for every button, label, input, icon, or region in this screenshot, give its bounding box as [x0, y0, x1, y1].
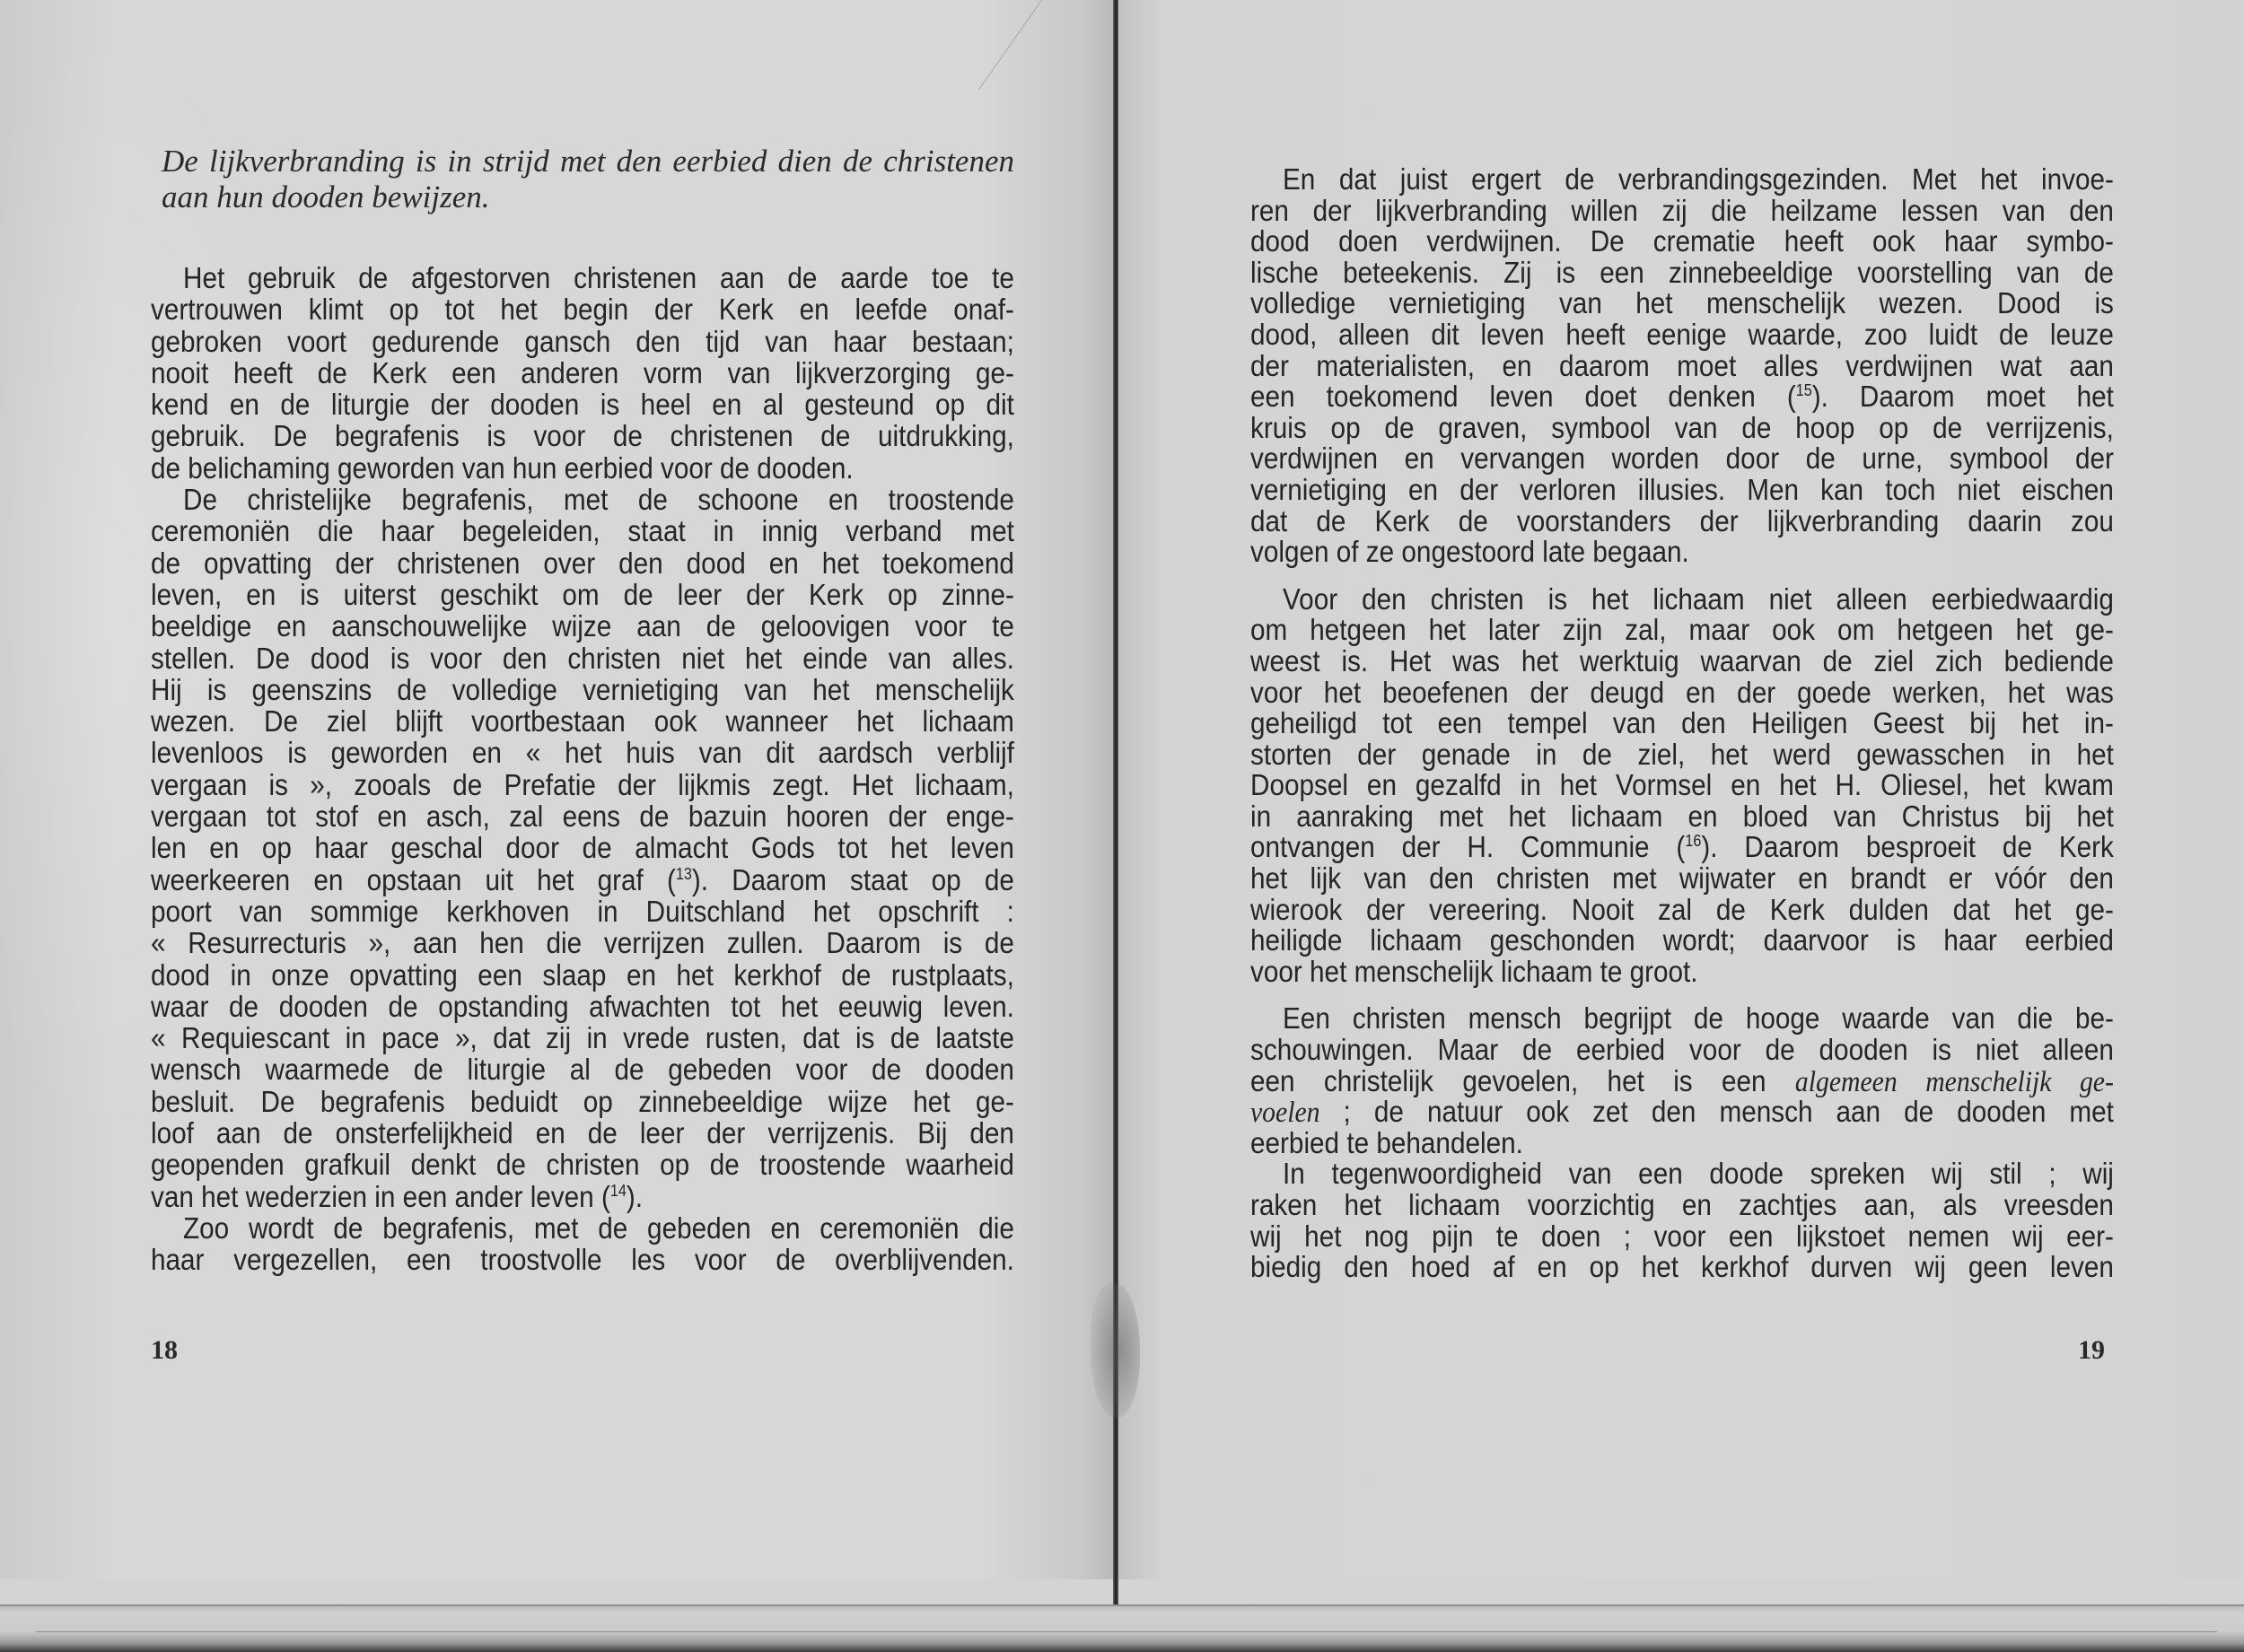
text-line: nooit heeft de Kerk een anderen vorm van…: [151, 357, 1014, 389]
line-text: Doopsel en gezalfd in het Vormsel en het…: [1250, 768, 2114, 801]
footnote-reference: 13: [676, 865, 692, 883]
text-line: vergaan tot stof en asch, zal eens de ba…: [151, 800, 1014, 832]
text-line: waar de dooden de opstanding afwachten t…: [151, 991, 1014, 1022]
text-line: geopenden grafkuil denkt de christen op …: [151, 1149, 1014, 1180]
footnote-reference: 14: [610, 1182, 627, 1200]
text-line: van het wederzien in een ander leven (14…: [151, 1181, 1014, 1212]
text-line: leven, en is uiterst geschikt om de leer…: [151, 579, 1014, 610]
text-line: wij het nog pijn te doen ; voor een lijk…: [1250, 1221, 2114, 1253]
text-line: ontvangen der H. Communie (16). Daarom b…: [1250, 832, 2114, 863]
text-line: De christelijke begrafenis, met de schoo…: [151, 484, 1014, 515]
line-text: ).: [627, 1180, 643, 1213]
text-line: storten der genade in de ziel, het werd …: [1250, 739, 2114, 771]
line-text: storten der genade in de ziel, het werd …: [1250, 738, 2114, 771]
text-line: de opvatting der christenen over den doo…: [151, 547, 1014, 579]
line-text: volledige vernietiging van het menscheli…: [1250, 286, 2114, 319]
text-line: volledige vernietiging van het menscheli…: [1250, 288, 2114, 319]
text-line: eerbied te behandelen.: [1250, 1128, 2114, 1159]
line-text: de opvatting der christenen over den doo…: [151, 546, 1014, 580]
page-number-left: 18: [151, 1335, 178, 1366]
text-line: Zoo wordt de begrafenis, met de gebeden …: [151, 1212, 1014, 1244]
water-stain: [1091, 1283, 1140, 1418]
text-line: loof aan de onsterfelijkheid en de leer …: [151, 1117, 1014, 1149]
line-text: besluit. De begrafenis beduidt op zinneb…: [151, 1085, 1014, 1118]
line-text: biedig den hoed af en op het kerkhof dur…: [1250, 1250, 2114, 1283]
line-text: En dat juist ergert de verbrandingsgezin…: [1283, 162, 2114, 196]
line-text: leven, en is uiterst geschikt om de leer…: [151, 578, 1014, 611]
line-text: van het wederzien in een ander leven (: [151, 1180, 610, 1213]
line-text: Voor den christen is het lichaam niet al…: [1283, 582, 2114, 616]
text-line: der materialisten, en daarom moet alles …: [1250, 351, 2114, 382]
text-line: volgen of ze ongestoord late begaan.: [1250, 537, 2114, 568]
line-text: wij het nog pijn te doen ; voor een lijk…: [1250, 1219, 2114, 1253]
line-text: levenloos is geworden en « het huis van …: [151, 736, 1014, 769]
line-text: der materialisten, en daarom moet alles …: [1250, 349, 2114, 382]
text-line: dood, alleen dit leven heeft eenige waar…: [1250, 319, 2114, 351]
line-text: dat de Kerk de voorstanders der lijkverb…: [1250, 504, 2114, 538]
text-line: In tegenwoordigheid van een doode spreke…: [1250, 1158, 2114, 1190]
line-text: de belichaming geworden van hun eerbied …: [151, 451, 854, 485]
text-line: En dat juist ergert de verbrandingsgezin…: [1250, 164, 2114, 196]
italic-text: algemeen menschelijk ge-: [1795, 1066, 2114, 1098]
text-line: voor het beoefenen der deugd en der goed…: [1250, 677, 2114, 709]
line-text: heiligde lichaam geschonden wordt; daarv…: [1250, 923, 2114, 957]
text-line: raken het lichaam voorzichtig en zachtje…: [1250, 1190, 2114, 1221]
page-number-right: 19: [2078, 1335, 2105, 1366]
line-text: ren der lijkverbranding willen zij die h…: [1250, 194, 2114, 227]
line-text: In tegenwoordigheid van een doode spreke…: [1283, 1157, 2114, 1190]
book-spread: De lijkverbranding is in strijd met den …: [0, 0, 2244, 1650]
line-text: ). Daarom staat op de: [692, 863, 1014, 896]
text-line: wezen. De ziel blijft voortbestaan ook w…: [151, 705, 1014, 737]
text-line: weerkeeren en opstaan uit het graf (13).…: [151, 864, 1014, 896]
text-line: stellen. De dood is voor den christen ni…: [151, 642, 1014, 674]
line-text: vergaan is », zooals de Prefatie der lij…: [151, 768, 1014, 801]
right-page-body: En dat juist ergert de verbrandingsgezin…: [1250, 164, 2114, 1283]
line-text: waar de dooden de opstanding afwachten t…: [151, 990, 1014, 1023]
line-text: volgen of ze ongestoord late begaan.: [1250, 535, 1689, 568]
line-text: in aanraking met het lichaam en bloed va…: [1250, 800, 2114, 833]
text-line: vergaan is », zooals de Prefatie der lij…: [151, 769, 1014, 800]
text-line: gebroken voort gedurende gansch den tijd…: [151, 326, 1014, 357]
text-line: « Requiescant in pace », dat zij in vred…: [151, 1022, 1014, 1053]
text-line: dood doen verdwijnen. De crematie heeft …: [1250, 226, 2114, 258]
line-text: eerbied te behandelen.: [1250, 1126, 1523, 1159]
text-line: heiligde lichaam geschonden wordt; daarv…: [1250, 925, 2114, 957]
edge-line: [36, 1631, 2217, 1632]
text-line: Hij is geenszins de volledige vernietigi…: [151, 674, 1014, 705]
line-text: voor het beoefenen der deugd en der goed…: [1250, 676, 2114, 709]
text-line: poort van sommige kerkhoven in Duitschla…: [151, 896, 1014, 927]
text-line: « Resurrecturis », aan hen die verrijzen…: [151, 927, 1014, 958]
line-text: weerkeeren en opstaan uit het graf (: [151, 863, 676, 896]
text-line: in aanraking met het lichaam en bloed va…: [1250, 801, 2114, 833]
line-text: beeldige en aanschouwelijke wijze aan de…: [151, 609, 1014, 642]
text-line: biedig den hoed af en op het kerkhof dur…: [1250, 1252, 2114, 1283]
text-line: wierook der vereering. Nooit zal de Kerk…: [1250, 895, 2114, 926]
text-line: gebruik. De begrafenis is voor de christ…: [151, 420, 1014, 451]
line-text: ontvangen der H. Communie (: [1250, 830, 1685, 863]
text-line: het lijk van den christen met wijwater e…: [1250, 863, 2114, 895]
line-text: om hetgeen het later zijn zal, maar ook …: [1250, 613, 2114, 646]
text-line: ceremoniën die haar begeleiden, staat in…: [151, 515, 1014, 546]
text-line: ren der lijkverbranding willen zij die h…: [1250, 196, 2114, 227]
line-text: wierook der vereering. Nooit zal de Kerk…: [1250, 893, 2114, 926]
line-text: vernietiging en der verloren illusies. M…: [1250, 473, 2114, 506]
text-line: kruis op de graven, symbool van de hoop …: [1250, 413, 2114, 444]
line-text: ). Daarom besproeit de Kerk: [1701, 830, 2114, 863]
line-text: dood in onze opvatting een slaap en het …: [151, 958, 1014, 992]
italic-text: voelen: [1250, 1097, 1319, 1129]
line-text: Hij is geenszins de volledige vernietigi…: [151, 673, 1014, 706]
line-text: Een christen mensch begrijpt de hooge wa…: [1283, 1001, 2114, 1035]
line-text: raken het lichaam voorzichtig en zachtje…: [1250, 1188, 2114, 1221]
footnote-reference: 16: [1685, 832, 1701, 850]
line-text: len en op haar geschal door de almacht G…: [151, 831, 1014, 864]
right-page: En dat juist ergert de verbrandingsgezin…: [1118, 0, 2244, 1579]
text-line: Een christen mensch begrijpt de hooge wa…: [1250, 1003, 2114, 1035]
line-text: ). Daarom moet het: [1812, 380, 2114, 413]
text-line: een toekomend leven doet denken (15). Da…: [1250, 381, 2114, 413]
left-page: De lijkverbranding is in strijd met den …: [0, 0, 1115, 1579]
section-heading: De lijkverbranding is in strijd met den …: [162, 144, 1014, 215]
text-line: verdwijnen en vervangen worden door de u…: [1250, 443, 2114, 475]
text-line: schouwingen. Maar de eerbied voor de doo…: [1250, 1035, 2114, 1066]
text-line: len en op haar geschal door de almacht G…: [151, 832, 1014, 863]
line-text: ceremoniën die haar begeleiden, staat in…: [151, 514, 1014, 547]
line-text: « Requiescant in pace », dat zij in vred…: [151, 1021, 1014, 1054]
line-text: vergaan tot stof en asch, zal eens de ba…: [151, 800, 1014, 833]
text-line: Doopsel en gezalfd in het Vormsel en het…: [1250, 770, 2114, 801]
text-line: Voor den christen is het lichaam niet al…: [1250, 584, 2114, 616]
text-line: vertrouwen klimt op tot het begin der Ke…: [151, 293, 1014, 325]
line-text: lische beteekenis. Zij is een zinnebeeld…: [1250, 256, 2114, 289]
text-line: om hetgeen het later zijn zal, maar ook …: [1250, 615, 2114, 646]
text-line: levenloos is geworden en « het huis van …: [151, 737, 1014, 768]
line-text: een toekomend leven doet denken (: [1250, 380, 1796, 413]
text-line: voor het menschelijk lichaam te groot.: [1250, 957, 2114, 988]
line-text: voor het menschelijk lichaam te groot.: [1250, 955, 1698, 988]
line-text: kruis op de graven, symbool van de hoop …: [1250, 411, 2114, 444]
text-line: vernietiging en der verloren illusies. M…: [1250, 475, 2114, 506]
line-text: verdwijnen en vervangen worden door de u…: [1250, 441, 2114, 475]
text-line: beeldige en aanschouwelijke wijze aan de…: [151, 610, 1014, 642]
line-text: vertrouwen klimt op tot het begin der Ke…: [151, 293, 1014, 326]
text-line: haar vergezellen, een troostvolle les vo…: [151, 1244, 1014, 1275]
line-text: kend en de liturgie der dooden is heel e…: [151, 388, 1014, 421]
line-text: wezen. De ziel blijft voortbestaan ook w…: [151, 704, 1014, 738]
text-line: voelen ; de natuur ook zet den mensch aa…: [1250, 1097, 2114, 1128]
line-text: Het gebruik de afgestorven christenen aa…: [183, 261, 1014, 294]
text-line: dat de Kerk de voorstanders der lijkverb…: [1250, 506, 2114, 538]
text-line: dood in onze opvatting een slaap en het …: [151, 959, 1014, 991]
text-line: kend en de liturgie der dooden is heel e…: [151, 389, 1014, 420]
line-text: dood doen verdwijnen. De crematie heeft …: [1250, 224, 2114, 258]
line-text: De christelijke begrafenis, met de schoo…: [183, 483, 1014, 516]
line-text: nooit heeft de Kerk een anderen vorm van…: [151, 356, 1014, 389]
line-text: ; de natuur ook zet den mensch aan de do…: [1319, 1095, 2113, 1128]
line-text: dood, alleen dit leven heeft eenige waar…: [1250, 318, 2114, 351]
text-line: de belichaming geworden van hun eerbied …: [151, 452, 1014, 484]
left-page-text: De lijkverbranding is in strijd met den …: [151, 144, 1014, 1276]
text-line: een christelijk gevoelen, het is een alg…: [1250, 1066, 2114, 1097]
text-line: wensch waarmede de liturgie al de gebede…: [151, 1053, 1014, 1085]
line-text: schouwingen. Maar de eerbied voor de doo…: [1250, 1033, 2114, 1066]
line-text: poort van sommige kerkhoven in Duitschla…: [151, 895, 1014, 928]
line-text: weest is. Het was het werktuig waarvan d…: [1250, 644, 2114, 677]
book-bottom-edge: [0, 1604, 2244, 1650]
right-page-text: En dat juist ergert de verbrandingsgezin…: [1250, 164, 2114, 1283]
line-text: « Resurrecturis », aan hen die verrijzen…: [151, 926, 1014, 959]
text-line: Het gebruik de afgestorven christenen aa…: [151, 262, 1014, 293]
text-line: weest is. Het was het werktuig waarvan d…: [1250, 646, 2114, 677]
text-line: lische beteekenis. Zij is een zinnebeeld…: [1250, 258, 2114, 289]
line-text: het lijk van den christen met wijwater e…: [1250, 861, 2114, 895]
line-text: een christelijk gevoelen, het is een: [1250, 1064, 1795, 1097]
text-line: geheiligd tot een tempel van den Heilige…: [1250, 708, 2114, 739]
line-text: gebruik. De begrafenis is voor de christ…: [151, 419, 1014, 452]
line-text: loof aan de onsterfelijkheid en de leer …: [151, 1116, 1014, 1149]
line-text: geopenden grafkuil denkt de christen op …: [151, 1148, 1014, 1181]
line-text: wensch waarmede de liturgie al de gebede…: [151, 1053, 1014, 1086]
line-text: gebroken voort gedurende gansch den tijd…: [151, 325, 1014, 358]
footnote-reference: 15: [1796, 381, 1812, 399]
left-page-body: Het gebruik de afgestorven christenen aa…: [151, 262, 1014, 1276]
line-text: haar vergezellen, een troostvolle les vo…: [151, 1243, 1014, 1276]
line-text: Zoo wordt de begrafenis, met de gebeden …: [183, 1211, 1014, 1245]
line-text: geheiligd tot een tempel van den Heilige…: [1250, 706, 2114, 739]
text-line: besluit. De begrafenis beduidt op zinneb…: [151, 1086, 1014, 1117]
line-text: stellen. De dood is voor den christen ni…: [151, 642, 1014, 675]
